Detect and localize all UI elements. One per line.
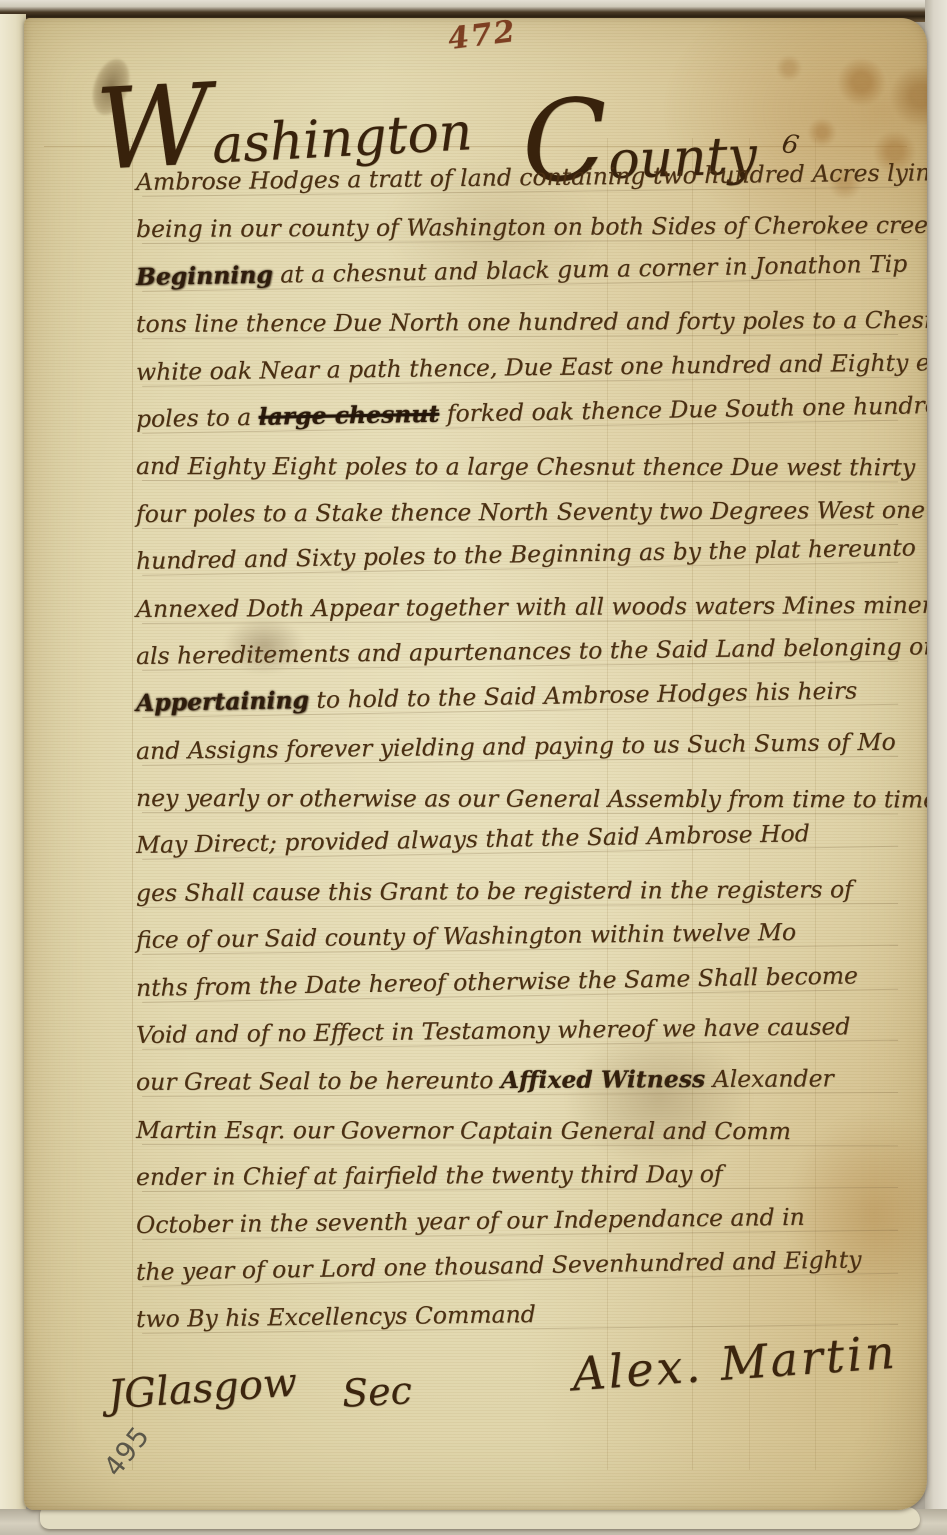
manuscript-paper: 472 Washington County 6 Ambrose Hodges a… [24,18,927,1510]
text-segment: May Direct; provided always that the Sai… [136,820,810,860]
text-segment: Void and of no Effect in Testamony where… [136,1012,851,1049]
text-segment: forked oak thence Due South one hundred [439,391,927,428]
text-segment: white oak Near a path thence, Due East o… [136,347,927,385]
text-segment: the year of our Lord one thousand Sevenh… [136,1245,862,1286]
text-segment: and Assigns forever yielding and paying … [136,727,896,764]
text-segment: Martin Esqr. our Governor Captain Genera… [136,1116,791,1145]
text-segment: als hereditements and apurtenances to th… [136,632,927,670]
document-line: and Eighty Eight poles to a large Chesnu… [136,444,924,493]
text-segment: four poles to a Stake thence North Seven… [136,496,925,528]
underlying-page-edge [40,1507,920,1529]
secretary-signature: JGlasgow [107,1359,299,1418]
scan-edge-right [925,0,947,1535]
text-segment: tons line thence Due North one hundred a… [136,306,927,338]
secretary-title: Sec [341,1368,413,1416]
document-text-body: Ambrose Hodges a tratt of land containin… [136,160,924,1345]
text-segment: Beginning [136,260,273,290]
text-segment: Ambrose Hodges a tratt of land containin… [136,158,927,196]
document-line: Martin Esqr. our Governor Captain Genera… [136,1108,924,1157]
text-segment: hundred and Sixty poles to the Beginning… [136,534,916,576]
text-segment: large chesnut [258,400,439,431]
text-segment: ges Shall cause this Grant to be registe… [136,875,853,907]
text-segment: our Great Seal to be hereunto [136,1067,501,1097]
text-segment: Annexed Doth Appear together with all wo… [136,590,927,622]
text-segment: to hold to the Said Ambrose Hodges his h… [309,677,858,715]
document-line: Void and of no Effect in Testamony where… [136,1003,925,1060]
text-segment: being in our county of Washington on bot… [136,211,927,243]
text-segment: Affixed Witness [501,1065,706,1094]
archival-pencil-number: 495 [98,1420,156,1482]
scanned-document-page: { "page": { "top_page_number": "472", "b… [0,0,947,1535]
document-line: our Great Seal to be hereunto Affixed Wi… [136,1056,924,1108]
document-line: and Assigns forever yielding and paying … [136,719,925,776]
text-segment: nths from the Date hereof otherwise the … [136,961,858,1002]
text-segment: ender in Chief at fairfield the twenty t… [136,1160,723,1191]
text-segment: poles to a [136,403,259,433]
text-segment: Alexander [705,1065,834,1094]
text-segment: Appertaining [136,686,309,717]
text-segment: two By his Excellencys Command [136,1300,536,1333]
scan-edge-left [0,14,26,1514]
ruled-margin-line [132,138,133,1470]
text-segment: ney yearly or otherwise as our General A… [136,784,927,813]
text-segment: at a chesnut and black gum a corner in J… [273,249,908,288]
text-segment: October in the seventh year of our Indep… [136,1202,805,1238]
text-segment: fice of our Said county of Washington wi… [136,918,796,954]
text-segment: and Eighty Eight poles to a large Chesnu… [136,452,915,481]
document-line: Ambrose Hodges a tratt of land containin… [136,150,925,207]
